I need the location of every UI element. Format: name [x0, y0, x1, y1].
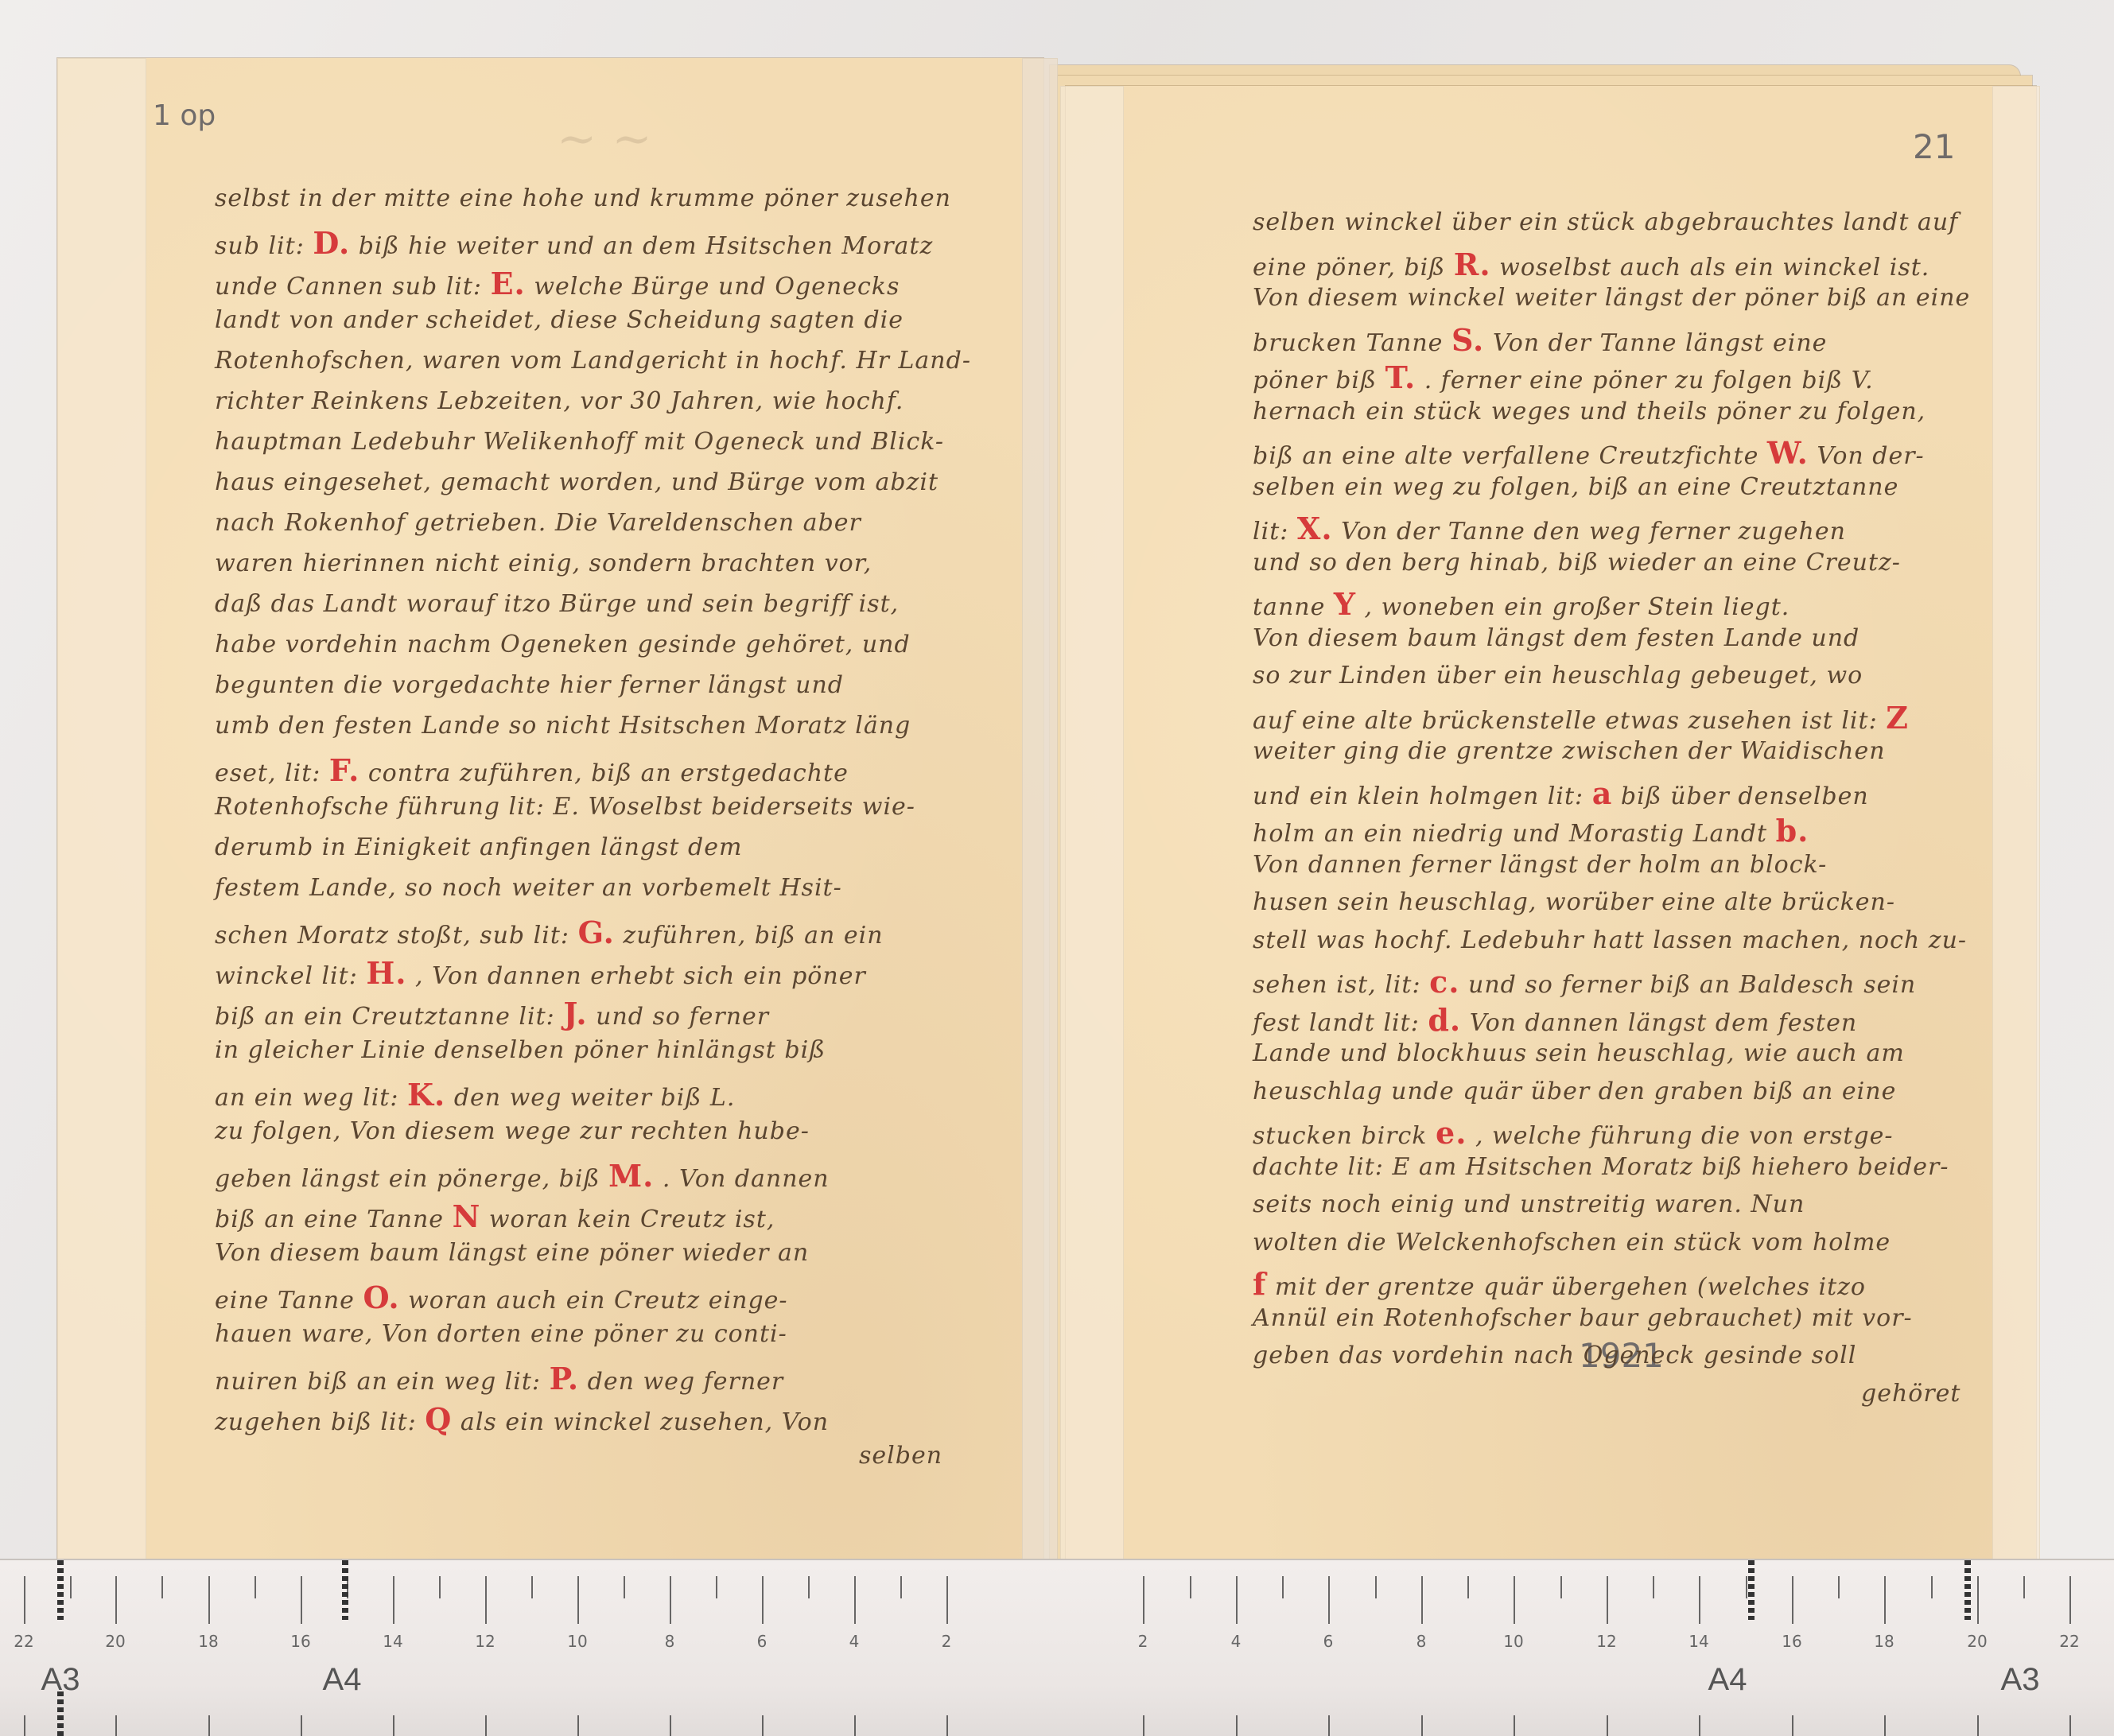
line-text: husen sein heuschlag, worüber eine alte … [1253, 888, 1895, 916]
manuscript-line: eset, lit: F. contra zuführen, biß an er… [215, 752, 849, 788]
manuscript-line: haus eingesehet, gemacht worden, und Bür… [215, 468, 938, 496]
line-text: , Von dannen erhebt sich ein pöner [407, 962, 866, 990]
line-text: geben das vordehin nach Ogeneck gesinde … [1253, 1342, 1856, 1369]
line-text: sehen ist, lit: [1253, 971, 1429, 999]
a4-marker-right [1748, 1560, 1755, 1620]
ruler-tick [946, 1576, 948, 1624]
line-text: Von dannen ferner längst der holm an blo… [1253, 851, 1827, 879]
manuscript-line: auf eine alte brückenstelle etwas zusehe… [1253, 700, 1909, 736]
manuscript-line: brucken Tanne S. Von der Tanne längst ei… [1253, 322, 1827, 358]
line-text: den weg ferner [579, 1368, 783, 1396]
manuscript-line: pöner biß T. . ferner eine pöner zu folg… [1253, 359, 1874, 395]
manuscript-line: sub lit: D. biß hie weiter und an dem Hs… [215, 225, 933, 261]
manuscript-line: biß an ein Creutztanne lit: J. und so fe… [215, 996, 769, 1031]
manuscript-line: in gleicher Linie denselben pöner hinlän… [215, 1036, 826, 1064]
manuscript-line: husen sein heuschlag, worüber eine alte … [1253, 888, 1895, 916]
manuscript-line: nach Rokenhof getrieben. Die Vareldensch… [215, 509, 861, 537]
red-letter-marker: G. [578, 915, 615, 950]
line-text: hauen ware, Von dorten eine pöner zu con… [215, 1320, 787, 1348]
manuscript-line: holm an ein niedrig und Morastig Landt b… [1253, 813, 1809, 849]
line-text: fest landt lit: [1253, 1009, 1428, 1037]
red-letter-marker: J. [563, 996, 587, 1031]
manuscript-line: stucken birck e. , welche führung die vo… [1253, 1115, 1894, 1151]
ruler-tick [531, 1576, 533, 1598]
ruler-tick [762, 1715, 764, 1736]
manuscript-line: eine pöner, biß R. woselbst auch als ein… [1253, 247, 1929, 282]
ruler-tick [301, 1715, 302, 1736]
ruler-tick [2023, 1576, 2025, 1598]
manuscript-line: lit: X. Von der Tanne den weg ferner zug… [1253, 511, 1846, 546]
line-text: biß an eine alte verfallene Creutzfichte [1253, 442, 1767, 470]
manuscript-line: an ein weg lit: K. den weg weiter biß L. [215, 1077, 735, 1113]
line-text: und ein klein holmgen lit: [1253, 783, 1592, 810]
ruler-tick [393, 1576, 394, 1624]
manuscript-line: seits noch einig und unstreitig waren. N… [1253, 1190, 1805, 1218]
manuscript-line: sehen ist, lit: c. und so ferner biß an … [1253, 964, 1916, 1000]
ruler-tick [577, 1715, 579, 1736]
line-text: hauptman Ledebuhr Welikenhoff mit Ogenec… [215, 428, 944, 456]
manuscript-line: Von diesem baum längst eine pöner wieder… [215, 1239, 809, 1267]
line-text: gehöret [1861, 1380, 1961, 1408]
manuscript-line: Von diesem baum längst dem festen Lande … [1253, 624, 1859, 652]
ruler-tick [115, 1576, 117, 1624]
ruler-tick-label: 10 [1503, 1632, 1523, 1651]
manuscript-line: selben ein weg zu folgen, biß an eine Cr… [1253, 473, 1898, 501]
manuscript-line: waren hierinnen nicht einig, sondern bra… [215, 550, 872, 577]
manuscript-line: festem Lande, so noch weiter an vorbemel… [215, 874, 842, 902]
manuscript-line: f mit der grentze quär übergehen (welche… [1253, 1266, 1866, 1302]
red-letter-marker: Z [1886, 700, 1909, 736]
line-text: sub lit: [215, 232, 313, 260]
ruler-tick [1282, 1576, 1284, 1598]
ruler-tick-label: 16 [290, 1632, 310, 1651]
ruler-tick [854, 1715, 856, 1736]
manuscript-line: und so den berg hinab, biß wieder an ein… [1253, 549, 1901, 577]
line-text: biß über denselben [1612, 783, 1868, 810]
ruler-tick [1328, 1576, 1330, 1624]
manuscript-line: wolten die Welckenhofschen ein stück vom… [1253, 1229, 1891, 1256]
line-text: selben [859, 1442, 942, 1470]
manuscript-line: umb den festen Lande so nicht Hsitschen … [215, 712, 911, 740]
ruler-tick [1792, 1576, 1793, 1624]
ruler-tick [393, 1715, 394, 1736]
ruler-tick [1328, 1715, 1330, 1736]
line-text: richter Reinkens Lebzeiten, vor 30 Jahre… [215, 387, 904, 415]
line-text: Rotenhofschen, waren vom Landgericht in … [215, 347, 971, 375]
line-text: Von der Tanne den weg ferner zugehen [1333, 518, 1846, 546]
line-text: stucken birck [1253, 1122, 1436, 1150]
a3-marker-left-bottom [57, 1691, 64, 1736]
line-text: lit: [1253, 518, 1297, 546]
line-text: eine pöner, biß [1253, 254, 1454, 282]
line-text: weiter ging die grentze zwischen der Wai… [1253, 737, 1886, 765]
ruler-tick-label: 20 [105, 1632, 125, 1651]
line-text: Von diesem baum längst eine pöner wieder… [215, 1239, 809, 1267]
red-letter-marker: f [1253, 1266, 1266, 1302]
line-text: nuiren biß an ein weg lit: [215, 1368, 550, 1396]
line-text: Von der- [1809, 442, 1925, 470]
ruler-tick-label: 12 [475, 1632, 495, 1651]
ruler-tick-label: 18 [1874, 1632, 1894, 1651]
manuscript-line: selbst in der mitte eine hohe und krumme… [215, 184, 951, 212]
manuscript-line: fest landt lit: d. Von dannen längst dem… [1253, 1002, 1857, 1038]
red-letter-marker: b. [1776, 813, 1809, 849]
manuscript-line: geben das vordehin nach Ogeneck gesinde … [1253, 1342, 1856, 1369]
manuscript-line: und ein klein holmgen lit: a biß über de… [1253, 775, 1869, 811]
ruler-tick [808, 1576, 810, 1598]
ruler-tick [1514, 1576, 1515, 1624]
ruler-tick [1746, 1576, 1747, 1598]
ruler-tick [624, 1576, 625, 1598]
ruler-tick [1236, 1576, 1238, 1624]
line-text: heuschlag unde quär über den graben biß … [1253, 1078, 1896, 1105]
ruler-tick-label: 8 [665, 1632, 675, 1651]
manuscript-line: habe vordehin nachm Ogeneken gesinde geh… [215, 631, 911, 658]
manuscript-line: eine Tanne O. woran auch ein Creutz eing… [215, 1280, 788, 1315]
ruler-tick [670, 1576, 671, 1624]
manuscript-line: Von dannen ferner längst der holm an blo… [1253, 851, 1827, 879]
red-letter-marker: e. [1436, 1115, 1467, 1151]
line-text: und so ferner [588, 1003, 770, 1031]
line-text: eset, lit: [215, 759, 329, 787]
ruler-tick-label: 4 [849, 1632, 860, 1651]
a3-marker-left [57, 1560, 64, 1620]
right-edge-tape [1992, 86, 2040, 1561]
manuscript-line: Rotenhofschen, waren vom Landgericht in … [215, 347, 971, 375]
format-label-a3-right: A3 [2001, 1662, 2040, 1698]
ruler-tick-label: 6 [1323, 1632, 1334, 1651]
red-letter-marker: O. [363, 1280, 399, 1315]
line-text: den weg weiter biß L. [445, 1084, 735, 1112]
line-text: contra zuführen, biß an erstgedachte [359, 759, 849, 787]
ruler-tick [208, 1715, 210, 1736]
line-text: mit der grentze quär übergehen (welches … [1266, 1273, 1866, 1301]
a3-marker-right [1964, 1560, 1971, 1620]
ruler-tick-label: 4 [1231, 1632, 1242, 1651]
ruler-tick [485, 1576, 487, 1624]
ruler-tick [1560, 1576, 1562, 1598]
line-text: eine Tanne [215, 1287, 363, 1315]
line-text: habe vordehin nachm Ogeneken gesinde geh… [215, 631, 911, 658]
line-text: dachte lit: E am Hsitschen Moratz biß hi… [1253, 1153, 1949, 1181]
manuscript-line: zu folgen, Von diesem wege zur rechten h… [215, 1117, 810, 1145]
ruler-tick [1838, 1576, 1840, 1598]
line-text: woran kein Creutz ist, [480, 1206, 775, 1233]
line-text: an ein weg lit: [215, 1084, 407, 1112]
ruler-tick [70, 1576, 72, 1598]
line-text: zuführen, biß an ein [615, 922, 884, 950]
ruler-tick-label: 2 [942, 1632, 952, 1651]
line-text: geben längst ein pönerge, biß [215, 1165, 608, 1193]
ruler-tick [24, 1715, 25, 1736]
ruler-tick-label: 20 [1967, 1632, 1987, 1651]
manuscript-line: derumb in Einigkeit anfingen längst dem [215, 833, 742, 861]
manuscript-line: winckel lit: H. , Von dannen erhebt sich… [215, 955, 866, 991]
manuscript-line: Annül ein Rotenhofscher baur gebrauchet)… [1253, 1304, 1913, 1332]
ruler-tick [301, 1576, 302, 1624]
line-text: Von der Tanne längst eine [1484, 329, 1827, 357]
manuscript-line: Lande und blockhuus sein heuschlag, wie … [1253, 1039, 1905, 1067]
left-edge-tape [57, 58, 146, 1561]
line-text: . ferner eine pöner zu folgen biß V. [1416, 367, 1874, 394]
red-letter-marker: a [1592, 775, 1613, 811]
line-text: zugehen biß lit: [215, 1408, 425, 1436]
line-text: Lande und blockhuus sein heuschlag, wie … [1253, 1039, 1905, 1067]
manuscript-line: landt von ander scheidet, diese Scheidun… [215, 306, 904, 334]
manuscript-line: zugehen biß lit: Q als ein winckel zuseh… [215, 1401, 829, 1437]
ruler-tick [1143, 1715, 1144, 1736]
line-text: , welche führung die von erstge- [1467, 1122, 1893, 1150]
red-letter-marker: D. [313, 225, 350, 261]
line-text: hernach ein stück weges und theils pöner… [1253, 398, 1926, 425]
line-text: , woneben ein großer Stein liegt. [1356, 593, 1790, 621]
ruler-tick [577, 1576, 579, 1624]
a4-marker-left [342, 1560, 348, 1620]
line-text: umb den festen Lande so nicht Hsitschen … [215, 712, 911, 740]
ruler-tick [716, 1576, 717, 1598]
ruler-tick [208, 1576, 210, 1624]
manuscript-line: hauptman Ledebuhr Welikenhoff mit Ogenec… [215, 428, 944, 456]
line-text: nach Rokenhof getrieben. Die Vareldensch… [215, 509, 861, 537]
manuscript-line: dachte lit: E am Hsitschen Moratz biß hi… [1253, 1153, 1949, 1181]
line-text: winckel lit: [215, 962, 366, 990]
line-text: pöner biß [1253, 367, 1385, 394]
manuscript-line: weiter ging die grentze zwischen der Wai… [1253, 737, 1886, 765]
manuscript-line: heuschlag unde quär über den graben biß … [1253, 1078, 1896, 1105]
line-text: schen Moratz stoßt, sub lit: [215, 922, 578, 950]
line-text: haus eingesehet, gemacht worden, und Bür… [215, 468, 938, 496]
line-text: wolten die Welckenhofschen ein stück vom… [1253, 1229, 1891, 1256]
ruler-tick [1421, 1715, 1423, 1736]
line-text: brucken Tanne [1253, 329, 1451, 357]
ruler-tick [1792, 1715, 1793, 1736]
red-letter-marker: H. [366, 955, 406, 991]
manuscript-line: so zur Linden über ein heuschlag gebeuge… [1253, 662, 1863, 689]
ruler-tick-label: 8 [1416, 1632, 1427, 1651]
ruler-tick [1653, 1576, 1654, 1598]
manuscript-line: nuiren biß an ein weg lit: P. den weg fe… [215, 1361, 783, 1396]
red-letter-marker: K. [407, 1077, 445, 1113]
manuscript-line: gehöret [1861, 1380, 1961, 1408]
line-text: seits noch einig und unstreitig waren. N… [1253, 1190, 1805, 1218]
ruler-tick-label: 6 [757, 1632, 767, 1651]
ruler-tick [1699, 1715, 1700, 1736]
red-letter-marker: E. [491, 266, 526, 301]
ruler-tick [485, 1715, 487, 1736]
line-text: festem Lande, so noch weiter an vorbemel… [215, 874, 842, 902]
ruler-tick [1977, 1576, 1979, 1624]
manuscript-line: Von diesem winckel weiter längst der pön… [1253, 284, 1970, 312]
manuscript-line: hernach ein stück weges und theils pöner… [1253, 398, 1926, 425]
center-binding-tape [1022, 58, 1058, 1561]
line-text: Von diesem baum längst dem festen Lande … [1253, 624, 1859, 652]
line-text: auf eine alte brückenstelle etwas zusehe… [1253, 707, 1886, 735]
line-text: Annül ein Rotenhofscher baur gebrauchet)… [1253, 1304, 1913, 1332]
ruler-tick-label: 22 [14, 1632, 33, 1651]
red-letter-marker: S. [1451, 322, 1484, 358]
line-text: Rotenhofsche führung lit: E. Woselbst be… [215, 793, 915, 821]
ruler-tick-label: 2 [1138, 1632, 1148, 1651]
bleed-through-text: ~ ~ [557, 111, 652, 167]
manuscript-line: richter Reinkens Lebzeiten, vor 30 Jahre… [215, 387, 904, 415]
ruler-tick [1143, 1576, 1144, 1624]
line-text: waren hierinnen nicht einig, sondern bra… [215, 550, 872, 577]
ruler-tick [1931, 1576, 1933, 1598]
line-text: holm an ein niedrig und Morastig Landt [1253, 820, 1776, 848]
manuscript-line: biß an eine Tanne N woran kein Creutz is… [215, 1198, 775, 1234]
ruler-tick [1977, 1715, 1979, 1736]
ruler-tick [1421, 1576, 1423, 1624]
ruler-tick [1884, 1576, 1886, 1624]
ruler-tick [854, 1576, 856, 1624]
ruler-tick [1607, 1576, 1608, 1624]
ruler-tick [1607, 1715, 1608, 1736]
line-text: selben ein weg zu folgen, biß an eine Cr… [1253, 473, 1898, 501]
line-text: tanne [1253, 593, 1334, 621]
format-label-a3-left: A3 [41, 1662, 80, 1698]
line-text: so zur Linden über ein heuschlag gebeuge… [1253, 662, 1863, 689]
line-text: daß das Landt worauf itzo Bürge und sein… [215, 590, 899, 618]
line-text: Von diesem winckel weiter längst der pön… [1253, 284, 1970, 312]
ruler-tick-label: 10 [567, 1632, 587, 1651]
line-text: woran auch ein Creutz einge- [400, 1287, 788, 1315]
manuscript-line: unde Cannen sub lit: E. welche Bürge und… [215, 266, 900, 301]
ruler-tick [2069, 1715, 2071, 1736]
line-text: in gleicher Linie denselben pöner hinlän… [215, 1036, 826, 1064]
ruler-tick [1236, 1715, 1238, 1736]
manuscript-line: hauen ware, Von dorten eine pöner zu con… [215, 1320, 787, 1348]
ruler-tick-label: 22 [2059, 1632, 2079, 1651]
red-letter-marker: T. [1385, 359, 1416, 395]
manuscript-line: Rotenhofsche führung lit: E. Woselbst be… [215, 793, 915, 821]
line-text: selbst in der mitte eine hohe und krumme… [215, 184, 951, 212]
line-text: selben winckel über ein stück abgebrauch… [1253, 208, 1958, 236]
red-letter-marker: N [453, 1198, 481, 1234]
ruler-tick [1375, 1576, 1377, 1598]
ruler-tick [1190, 1576, 1191, 1598]
manuscript-line: schen Moratz stoßt, sub lit: G. zuführen… [215, 915, 884, 950]
ruler-tick [670, 1715, 671, 1736]
line-text: biß an ein Creutztanne lit: [215, 1003, 563, 1031]
ruler-tick-label: 14 [1688, 1632, 1708, 1651]
ruler-tick-label: 12 [1596, 1632, 1616, 1651]
red-letter-marker: c. [1429, 964, 1459, 1000]
line-text: landt von ander scheidet, diese Scheidun… [215, 306, 904, 334]
ruler-tick [946, 1715, 948, 1736]
ruler-tick [439, 1576, 441, 1598]
ruler-tick-label: 14 [383, 1632, 402, 1651]
line-text: derumb in Einigkeit anfingen längst dem [215, 833, 742, 861]
line-text: stell was hochf. Ledebuhr hatt lassen ma… [1253, 926, 1967, 954]
manuscript-line: begunten die vorgedachte hier ferner län… [215, 671, 844, 699]
line-text: unde Cannen sub lit: [215, 273, 491, 301]
manuscript-line: selben winckel über ein stück abgebrauch… [1253, 208, 1958, 236]
pencil-annotation: 1 op [153, 99, 216, 132]
line-text: welche Bürge und Ogenecks [526, 273, 900, 301]
manuscript-line: stell was hochf. Ledebuhr hatt lassen ma… [1253, 926, 1967, 954]
line-text: biß hie weiter und an dem Hsitschen Mora… [350, 232, 933, 260]
ruler-tick [1514, 1715, 1515, 1736]
line-text: biß an eine Tanne [215, 1206, 453, 1233]
red-letter-marker: Y [1334, 586, 1356, 622]
page-number: 21 [1913, 127, 1955, 166]
red-letter-marker: M. [608, 1158, 654, 1194]
red-letter-marker: X. [1297, 511, 1333, 546]
ruler-tick [900, 1576, 902, 1598]
red-letter-marker: d. [1428, 1002, 1461, 1038]
line-text: woselbst auch als ein winckel ist. [1491, 254, 1930, 282]
ruler-tick [115, 1715, 117, 1736]
ruler-tick [2069, 1576, 2071, 1624]
ruler-tick [1467, 1576, 1469, 1598]
line-text: begunten die vorgedachte hier ferner län… [215, 671, 844, 699]
line-text: und so ferner biß an Baldesch sein [1459, 971, 1916, 999]
red-letter-marker: Q [425, 1401, 452, 1437]
line-text: und so den berg hinab, biß wieder an ein… [1253, 549, 1901, 577]
measurement-ruler: 222018161412108642246810121416182022 A3 … [0, 1559, 2114, 1736]
line-text: Von dannen längst dem festen [1461, 1009, 1857, 1037]
manuscript-line: geben längst ein pönerge, biß M. . Von d… [215, 1158, 830, 1194]
ruler-tick [161, 1576, 163, 1598]
line-text: zu folgen, Von diesem wege zur rechten h… [215, 1117, 810, 1145]
red-letter-marker: W. [1767, 435, 1809, 471]
ruler-tick-label: 16 [1782, 1632, 1801, 1651]
right-binding-tape [1060, 86, 1124, 1561]
ruler-tick [1699, 1576, 1700, 1624]
manuscript-line: daß das Landt worauf itzo Bürge und sein… [215, 590, 899, 618]
manuscript-line: biß an eine alte verfallene Creutzfichte… [1253, 435, 1925, 471]
line-text: . Von dannen [654, 1165, 829, 1193]
red-letter-marker: F. [329, 752, 359, 788]
line-text: als ein winckel zusehen, Von [452, 1408, 829, 1436]
manuscript-line: tanne Y , woneben ein großer Stein liegt… [1253, 586, 1790, 622]
manuscript-line: selben [859, 1442, 942, 1470]
red-letter-marker: R. [1454, 247, 1491, 282]
ruler-tick-label: 18 [198, 1632, 218, 1651]
format-label-a4-left: A4 [323, 1662, 362, 1698]
ruler-tick [255, 1576, 256, 1598]
red-letter-marker: P. [550, 1361, 580, 1396]
ruler-tick [762, 1576, 764, 1624]
ruler-tick [1884, 1715, 1886, 1736]
ruler-tick [24, 1576, 25, 1624]
format-label-a4-right: A4 [1708, 1662, 1747, 1698]
